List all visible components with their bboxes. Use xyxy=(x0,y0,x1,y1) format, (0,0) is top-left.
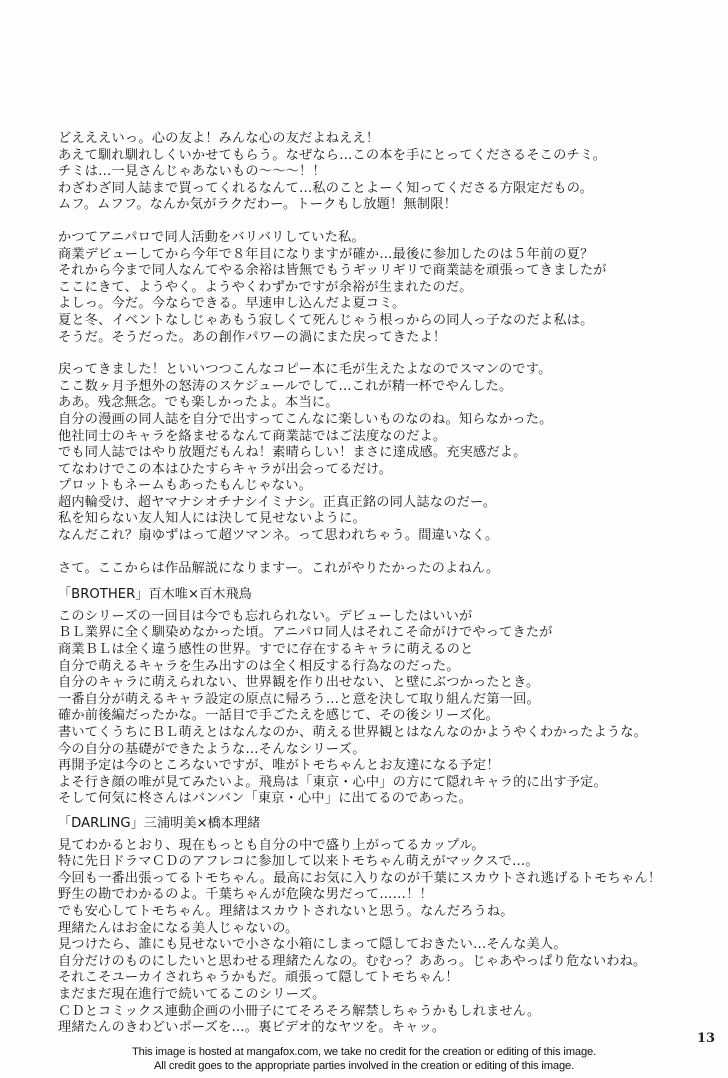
text-line: でも同人誌ではやり放題だもんね！素晴らしい！まさに達成感。充実感だよ。 xyxy=(58,445,718,462)
text-line: 商業ＢＬは全く違う感性の世界。すでに存在するキャラに萌えるのと xyxy=(58,642,718,659)
text-line: 超内輪受け、超ヤマナシオチナシイミナシ。正真正銘の同人誌なのだー。 xyxy=(58,495,718,512)
text-line: わざわざ同人誌まで買ってくれるなんて…私のことよーく知ってくださる方限定だもの。 xyxy=(58,181,718,198)
text-line: ここ数ヶ月予想外の怒涛のスケジュールでして…これが精一杯でやんした。 xyxy=(58,379,718,396)
text-line: 再開予定は今のところないですが、唯がトモちゃんとお友達になる予定！ xyxy=(58,758,718,775)
text-line: ムフ。ムフフ。なんか気がラクだわー。トークもし放題！無制限！ xyxy=(58,197,718,214)
text-line: あえて馴れ馴れしくいかせてもらう。なぜなら…この本を手にとってくださるそこのチミ… xyxy=(58,148,718,165)
text-line: 他社同士のキャラを絡ませるなんて商業誌ではご法度なのだよ。 xyxy=(58,429,718,446)
text-line: 自分の漫画の同人誌を自分で出すってこんなに楽しいものなのね。知らなかった。 xyxy=(58,412,718,429)
text-line: 見つけたら、誰にも見せないで小さな小箱にしまって隠しておきたい…そんな美人。 xyxy=(58,937,718,954)
credit-line: All credit goes to the appropriate parti… xyxy=(0,1059,728,1073)
text-line: てなわけでこの本はひたすらキャラが出会ってるだけ。 xyxy=(58,462,718,479)
hosting-credit: This image is hosted at mangafox.com, we… xyxy=(0,1045,728,1073)
credit-line: This image is hosted at mangafox.com, we… xyxy=(0,1045,728,1059)
text-line: 一番自分が萌えるキャラ設定の原点に帰ろう…と意を決して取り組んだ第一回。 xyxy=(58,692,718,709)
text-line: 自分で萌えるキャラを生み出すのは全く相反する行為なのだった。 xyxy=(58,659,718,676)
section-title: 「BROTHER」百木唯×百木飛鳥 xyxy=(58,587,718,604)
text-line: ＢＬ業界に全く馴染めなかった頃。アニパロ同人はそれこそ命がけでやってきたが xyxy=(58,625,718,642)
afterword-text: どえええいっ。心の友よ！みんな心の友だよねええ！ あえて馴れ馴れしくいかせてもら… xyxy=(58,131,718,1051)
text-line: 自分だけのものにしたいと思わせる理緒たんなの。むむっ？ああっ。じゃあやっぱり危な… xyxy=(58,954,718,971)
text-line: 商業デビューしてから今年で８年目になりますが確か…最後に参加したのは５年前の夏？ xyxy=(58,247,718,264)
text-line: 理緒たんのきわどいポーズを…。裏ビデオ的なヤツを。キャッ。 xyxy=(58,1020,718,1037)
text-line: プロットもネームもあったもんじゃない。 xyxy=(58,478,718,495)
text-line: チミは…一見さんじゃあないもの～～～！！ xyxy=(58,164,718,181)
text-line: でも安心してトモちゃん。理緒はスカウトされないと思う。なんだろうね。 xyxy=(58,904,718,921)
history-paragraph: かつてアニパロで同人活動をバリバリしていた私。 商業デビューしてから今年で８年目… xyxy=(58,230,718,346)
text-line: 確か前後編だったかな。一話目で手ごたえを感じて、その後シリーズ化。 xyxy=(58,708,718,725)
text-line: このシリーズの一回目は今でも忘れられない。デビューしたはいいが xyxy=(58,609,718,626)
text-line: そうだ。そうだった。あの創作パワーの渦にまた戻ってきたよ！ xyxy=(58,330,718,347)
text-line: かつてアニパロで同人活動をバリバリしていた私。 xyxy=(58,230,718,247)
text-line: 自分のキャラに萌えられない、世界観を作り出せない、と壁にぶつかったとき。 xyxy=(58,675,718,692)
text-line: よしっ。今だ。今ならできる。早速申し込んだよ夏コミ。 xyxy=(58,296,718,313)
section-title: 「DARLING」三浦明美×橋本理緒 xyxy=(58,816,718,833)
text-line: 特に先日ドラマＣＤのアフレコに参加して以来トモちゃん萌えがマックスで…。 xyxy=(58,854,718,871)
commentary-intro-paragraph: さて。ここからは作品解説になりますー。これがやりたかったのよねん。 xyxy=(58,561,718,578)
intro-paragraph: どえええいっ。心の友よ！みんな心の友だよねええ！ あえて馴れ馴れしくいかせてもら… xyxy=(58,131,718,214)
text-line: ああ。残念無念。でも楽しかったよ。本当に。 xyxy=(58,395,718,412)
text-line: 理緒たんはお金になる美人じゃないの。 xyxy=(58,921,718,938)
text-line: 戻ってきました！といいつつこんなコピー本に毛が生えたよなのでスマンのです。 xyxy=(58,362,718,379)
text-line: さて。ここからは作品解説になりますー。これがやりたかったのよねん。 xyxy=(58,561,718,578)
text-line: まだまだ現在進行で続いてるこのシリーズ。 xyxy=(58,987,718,1004)
text-line: そして何気に柊さんはバンバン「東京・心中」に出てるのであった。 xyxy=(58,791,718,808)
page-number: 13 xyxy=(697,1031,715,1046)
manga-page: どえええいっ。心の友よ！みんな心の友だよねええ！ あえて馴れ馴れしくいかせてもら… xyxy=(0,0,728,1078)
section-darling: 「DARLING」三浦明美×橋本理緒 見てわかるとおり、現在もっとも自分の中で盛… xyxy=(58,816,718,1037)
text-line: なんだこれ？扇ゆずはって超ツマンネ。って思われちゃう。間違いなく。 xyxy=(58,528,718,545)
text-line: 野生の勘でわかるのよ。千葉ちゃんが危険な男だって……！！ xyxy=(58,887,718,904)
text-line: どえええいっ。心の友よ！みんな心の友だよねええ！ xyxy=(58,131,718,148)
text-line: それこそユーカイされちゃうかもだ。頑張って隠してトモちゃん！ xyxy=(58,970,718,987)
text-line: 今の自分の基礎ができたような…そんなシリーズ。 xyxy=(58,742,718,759)
return-paragraph: 戻ってきました！といいつつこんなコピー本に毛が生えたよなのでスマンのです。 ここ… xyxy=(58,362,718,545)
text-line: よそ行き顔の唯が見てみたいよ。飛鳥は「東京・心中」の方にて隠れキャラ的に出す予定… xyxy=(58,775,718,792)
text-line: 私を知らない友人知人には決して見せないように。 xyxy=(58,511,718,528)
section-brother: 「BROTHER」百木唯×百木飛鳥 このシリーズの一回目は今でも忘れられない。デ… xyxy=(58,587,718,808)
text-line: 書いてくうちにＢＬ萌えとはなんなのか、萌える世界観とはなんなのかようやくわかった… xyxy=(58,725,718,742)
text-line: ＣＤとコミックス連動企画の小冊子にてそろそろ解禁しちゃうかもしれません。 xyxy=(58,1004,718,1021)
text-line: 見てわかるとおり、現在もっとも自分の中で盛り上がってるカップル。 xyxy=(58,838,718,855)
text-line: それから今まで同人なんてやる余裕は皆無でもうギッリギリで商業誌を頑張ってきました… xyxy=(58,263,718,280)
text-line: ここにきて、ようやく。ようやくわずかですが余裕が生まれたのだ。 xyxy=(58,280,718,297)
text-line: 夏と冬、イベントなしじゃあもう寂しくて死んじゃう根っからの同人っ子なのだよ私は。 xyxy=(58,313,718,330)
text-line: 今回も一番出張ってるトモちゃん。最高にお気に入りなのが千葉にスカウトされ逃げるト… xyxy=(58,871,718,888)
